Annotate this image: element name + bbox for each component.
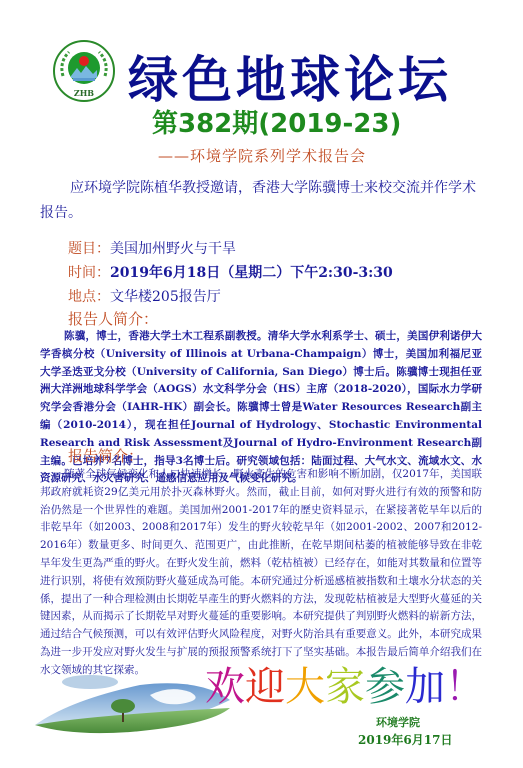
place-value: 文华楼205报告厅: [110, 289, 221, 305]
welcome-char: 迎: [245, 655, 285, 712]
topic-line: 题目：美国加州野火与干旱: [68, 238, 236, 258]
signature-date: 2019年6月17日: [358, 731, 452, 748]
welcome-char: ！: [445, 655, 485, 712]
place-label: 地点：: [68, 289, 110, 305]
svg-text:ZHB: ZHB: [74, 88, 94, 98]
topic-label: 题目：: [68, 241, 110, 257]
intro-paragraph: 应环境学院陈植华教授邀请，香港大学陈骥博士来校交流并作学术报告。: [40, 176, 480, 226]
time-label: 时间：: [68, 265, 110, 281]
welcome-char: 家: [325, 655, 365, 712]
welcome-char: 加: [405, 655, 445, 712]
forum-title: 绿色地球论坛: [128, 40, 452, 112]
poster-header: ZHB 绿色地球论坛 第382期(2019-23) ——环境学院系列学术报告会: [0, 0, 523, 180]
welcome-char: 欢: [205, 655, 245, 712]
welcome-banner: 欢迎大家参加！: [205, 655, 485, 712]
organizer-signature: 环境学院: [376, 714, 420, 730]
zhb-logo-icon: ZHB: [53, 40, 115, 102]
time-line: 时间：2019年6月18日（星期二）下午2:30-3:30: [68, 262, 393, 282]
abstract-text: 随著全球气候变化和人口快速增长，野火產生的危害和影响不断加剧，仅2017年，美国…: [40, 466, 482, 680]
speaker-heading: 报告人简介：: [68, 308, 158, 329]
welcome-char: 参: [365, 655, 405, 712]
abstract-heading: 报告简介：: [68, 445, 143, 466]
topic-value: 美国加州野火与干旱: [110, 241, 236, 257]
place-line: 地点：文华楼205报告厅: [68, 286, 221, 306]
time-value: 2019年6月18日（星期二）下午2:30-3:30: [110, 265, 393, 281]
landscape-illustration: [30, 670, 230, 740]
issue-number: 第382期(2019-23): [152, 103, 401, 140]
series-subtitle: ——环境学院系列学术报告会: [158, 145, 366, 166]
welcome-char: 大: [285, 655, 325, 712]
